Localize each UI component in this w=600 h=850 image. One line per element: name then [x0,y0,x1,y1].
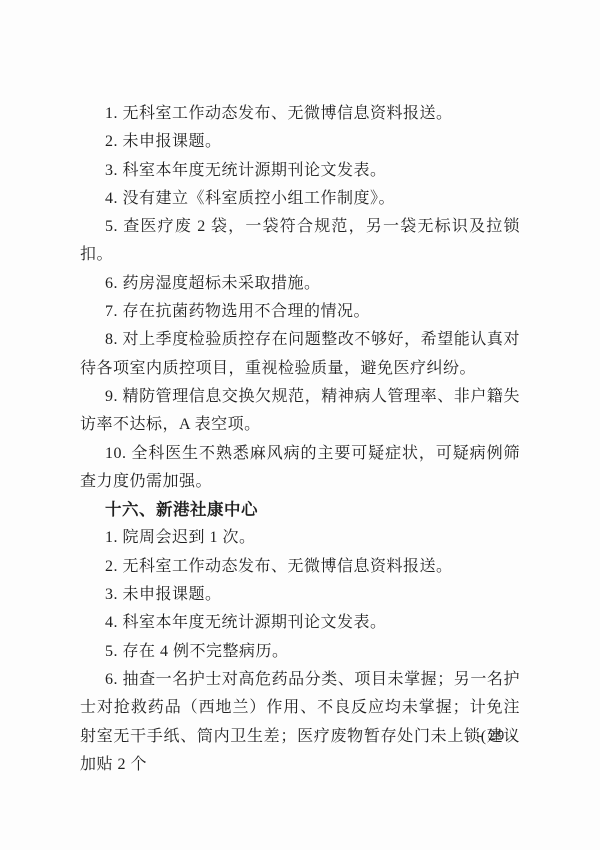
finding-item: 4. 没有建立《科室质控小组工作制度》。 [80,185,520,213]
finding-item: 3. 科室本年度无统计源期刊论文发表。 [80,157,520,185]
document-page: 1. 无科室工作动态发布、无微博信息资料报送。2. 未申报课题。3. 科室本年度… [0,0,600,850]
finding-item: 7. 存在抗菌药物选用不合理的情况。 [80,298,520,326]
section-heading: 十六、新港社康中心 [80,496,520,524]
finding-item: 5. 查医疗废 2 袋，一袋符合规范，另一袋无标识及拉锁扣。 [80,213,520,270]
document-content: 1. 无科室工作动态发布、无微博信息资料报送。2. 未申报课题。3. 科室本年度… [80,100,520,779]
page-number: - 29 - [478,728,517,744]
finding-item: 10. 全科医生不熟悉麻风病的主要可疑症状，可疑病例筛查力度仍需加强。 [80,440,520,497]
finding-item: 2. 无科室工作动态发布、无微博信息资料报送。 [80,553,520,581]
finding-item: 2. 未申报课题。 [80,128,520,156]
finding-item: 8. 对上季度检验质控存在问题整改不够好，希望能认真对待各项室内质控项目，重视检… [80,326,520,383]
finding-item: 1. 院周会迟到 1 次。 [80,524,520,552]
findings-list-xingang: 1. 院周会迟到 1 次。2. 无科室工作动态发布、无微博信息资料报送。3. 未… [80,524,520,779]
finding-item: 1. 无科室工作动态发布、无微博信息资料报送。 [80,100,520,128]
finding-item: 3. 未申报课题。 [80,581,520,609]
finding-item: 6. 抽查一名护士对高危药品分类、项目未掌握；另一名护士对抢救药品（西地兰）作用… [80,666,520,779]
finding-item: 9. 精防管理信息交换欠规范，精神病人管理率、非户籍失访率不达标，A 表空项。 [80,383,520,440]
finding-item: 4. 科室本年度无统计源期刊论文发表。 [80,609,520,637]
findings-list-previous-section: 1. 无科室工作动态发布、无微博信息资料报送。2. 未申报课题。3. 科室本年度… [80,100,520,496]
finding-item: 5. 存在 4 例不完整病历。 [80,638,520,666]
finding-item: 6. 药房湿度超标未采取措施。 [80,270,520,298]
